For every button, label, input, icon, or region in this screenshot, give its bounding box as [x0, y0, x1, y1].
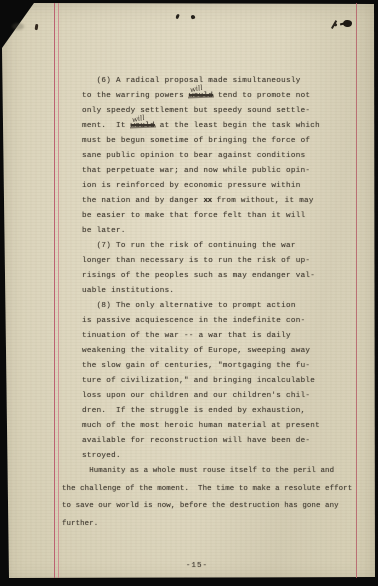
ink-blot — [343, 20, 352, 27]
struck-out-word: wouldwill — [131, 119, 155, 134]
page-number: -15- — [82, 562, 312, 570]
margin-rule-right — [356, 3, 357, 578]
paragraph-6: (6) A radical proposal made simultaneous… — [82, 74, 320, 239]
closing-paragraph: Humanity as a whole must rouse itself to… — [62, 463, 352, 533]
pencil-smudge — [12, 23, 24, 30]
typed-deletion: at the least begin the task which — [155, 122, 320, 130]
handwritten-correction: will — [130, 110, 146, 127]
typed-deletion: from without, it may — [212, 197, 314, 205]
typed-text-block: (6) A radical proposal made simultaneous… — [82, 74, 320, 464]
typed-deletion: xx — [203, 197, 211, 205]
paragraph-7: (7) To run the risk of continuing the wa… — [82, 239, 320, 299]
scanned-page: (6) A radical proposal made simultaneous… — [0, 0, 378, 586]
struck-out-word: wouldwill — [189, 89, 213, 104]
handwritten-correction: will — [188, 80, 204, 97]
margin-rule-left — [54, 3, 59, 578]
paragraph-8: (8) The only alternative to prompt actio… — [82, 299, 320, 464]
typed-deletion: tend to promote not — [213, 92, 310, 100]
